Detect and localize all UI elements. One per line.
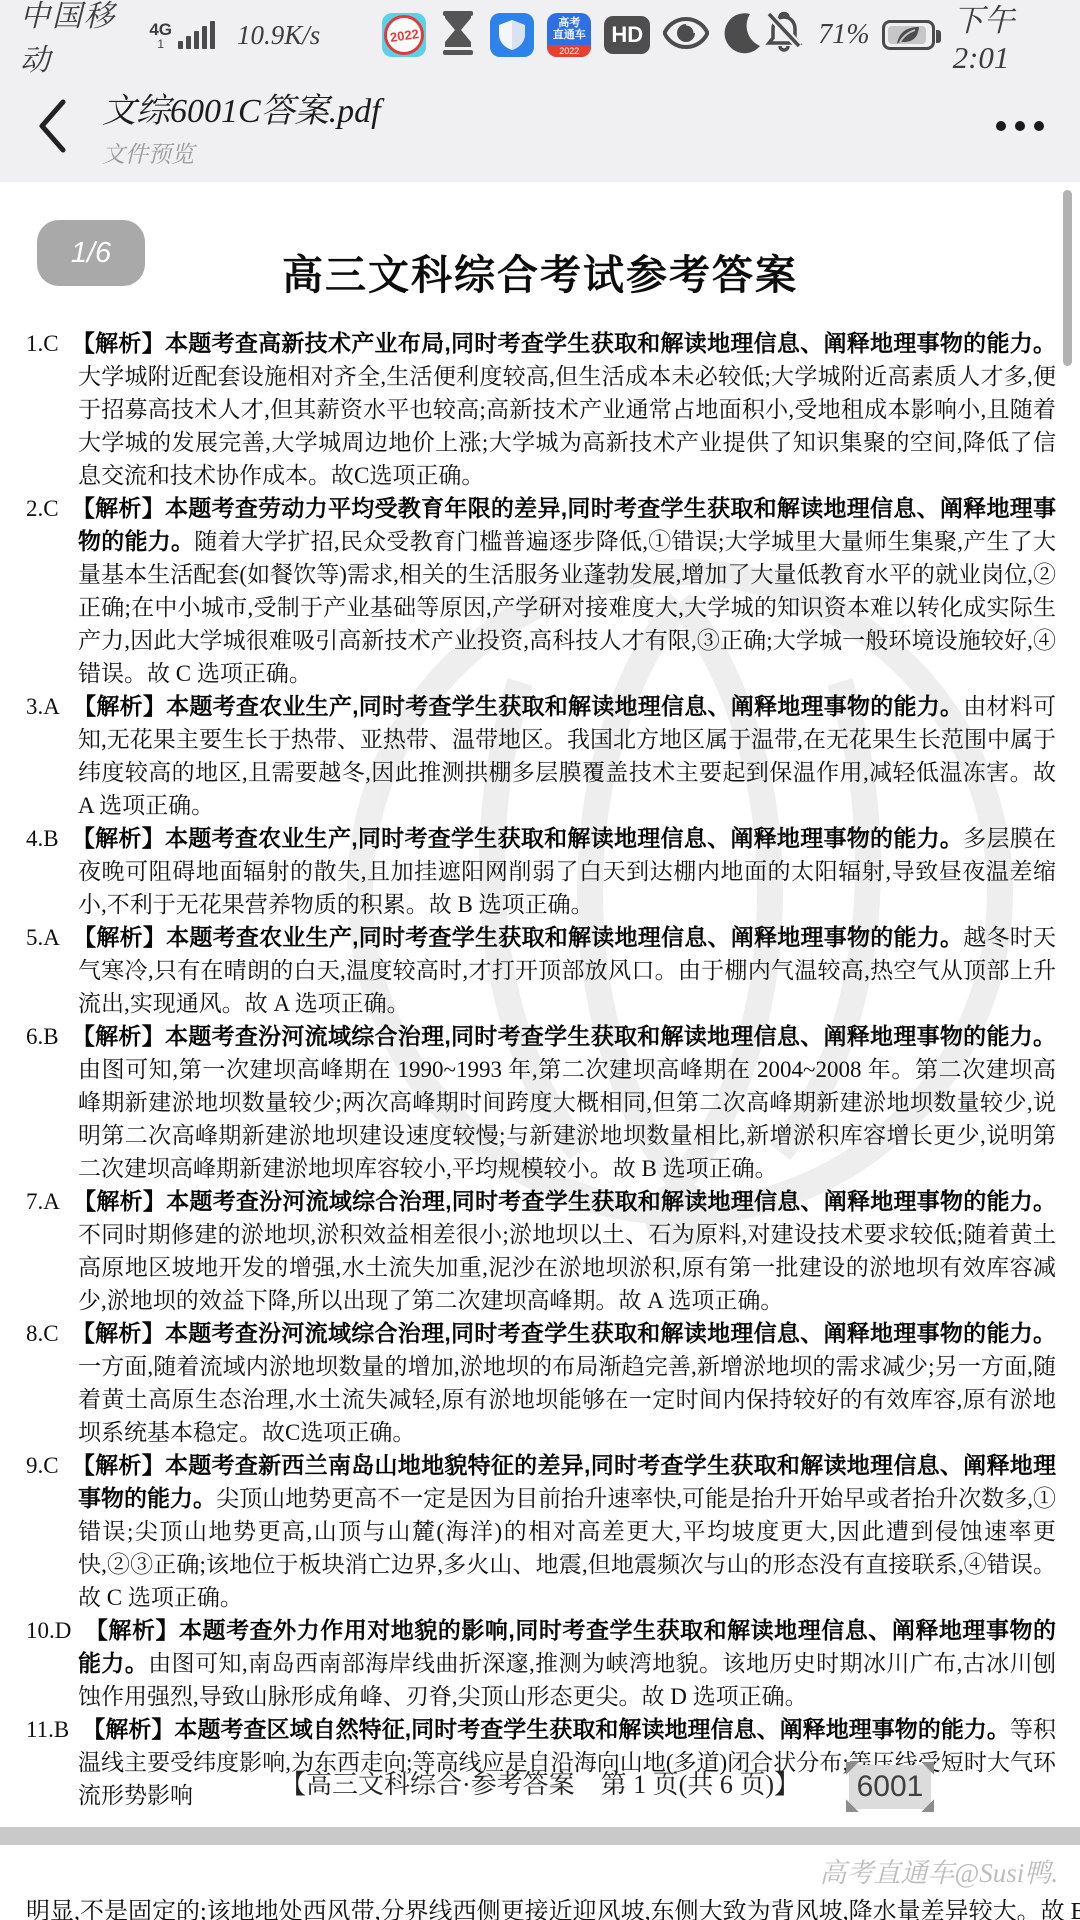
answer-analysis-lead: 【解析】本题考查汾河流域综合治理,同时考查学生获取和解读地理信息、阐释地理事物的… (73, 1188, 1056, 1214)
answer-number: 8.C (26, 1321, 59, 1346)
file-name: 文综6001C答案.pdf (102, 83, 381, 132)
answer-analysis-lead: 【解析】本题考查农业生产,同时考查学生获取和解读地理信息、阐释地理事物的能力。 (73, 693, 963, 719)
answer-item: 3.A【解析】本题考查农业生产,同时考查学生获取和解读地理信息、阐释地理事物的能… (26, 690, 1056, 822)
answer-explanation: 由图可知,第一次建坝高峰期在 1990~1993 年,第二次建坝高峰期在 200… (78, 1057, 1056, 1181)
document-title: 高三文科综合考试参考答案 (0, 242, 1080, 301)
notification-icons: 2022 高考 直通车 2022 HD (382, 11, 762, 60)
answer-item: 5.A【解析】本题考查农业生产,同时考查学生获取和解读地理信息、阐释地理事物的能… (26, 921, 1056, 1020)
network-speed: 10.9K/s (237, 20, 320, 51)
answer-number: 4.B (26, 826, 59, 851)
answers-list: 1.C【解析】本题考查高新技术产业布局,同时考查学生获取和解读地理信息、阐释地理… (26, 327, 1056, 1812)
answer-explanation: 大学城附近配套设施相对齐全,生活便利度较高,但生活成本未必较低;大学城附近高素质… (78, 364, 1056, 488)
answer-item: 2.C【解析】本题考查劳动力平均受教育年限的差异,同时考查学生获取和解读地理信息… (26, 492, 1056, 690)
carrier-label: 中国移动 (20, 0, 141, 79)
hd-icon: HD (604, 16, 650, 54)
back-button[interactable] (30, 96, 74, 156)
signal-strength-icon (178, 21, 215, 49)
account-watermark: 高考直通车@Susi鸭. (819, 1851, 1058, 1890)
answer-item: 9.C【解析】本题考查新西兰南岛山地地貌特征的差异,同时考查学生获取和解读地理信… (26, 1449, 1056, 1614)
answer-analysis-lead: 【解析】本题考查农业生产,同时考查学生获取和解读地理信息、阐释地理事物的能力。 (72, 825, 964, 851)
answer-explanation: 一方面,随着流域内淤地坝数量的增加,淤地坝的布局渐趋完善,新增淤地坝的需求减少;… (78, 1354, 1056, 1445)
answer-item: 10.D【解析】本题考查外力作用对地貌的影响,同时考查学生获取和解读地理信息、阐… (26, 1614, 1056, 1713)
answer-number: 6.B (26, 1024, 59, 1049)
answer-item: 6.B【解析】本题考查汾河流域综合治理,同时考查学生获取和解读地理信息、阐释地理… (26, 1020, 1056, 1185)
answer-analysis-lead: 【解析】本题考查汾河流域综合治理,同时考查学生获取和解读地理信息、阐释地理事物的… (72, 1023, 1056, 1049)
pdf-page-1: 1/6 高三文科综合考试参考答案 1.C【解析】本题考查高新技术产业布局,同时考… (0, 182, 1080, 1827)
battery-percent: 71% (818, 19, 869, 51)
answer-item: 4.B【解析】本题考查农业生产,同时考查学生获取和解读地理信息、阐释地理事物的能… (26, 822, 1056, 921)
countdown-2022-app-icon: 2022 (382, 13, 426, 57)
answer-number: 1.C (26, 331, 59, 356)
pdf-page-2: 高考直通车@Susi鸭. 明显,不是固定的;该地地处西风带,分界线西侧更接近迎风… (0, 1845, 1080, 1920)
answer-analysis-lead: 【解析】本题考查农业生产,同时考查学生获取和解读地理信息、阐释地理事物的能力。 (73, 924, 963, 950)
answer-explanation: 随着大学扩招,民众受教育门槛普遍逐步降低,①错误;大学城里大量师生集聚,产生了大… (78, 529, 1056, 686)
answer-number: 10.D (26, 1618, 71, 1643)
answer-analysis-lead: 【解析】本题考查汾河流域综合治理,同时考查学生获取和解读地理信息、阐释地理事物的… (72, 1320, 1056, 1346)
file-preview-label: 文件预览 (102, 136, 381, 169)
eye-comfort-icon (663, 16, 709, 55)
answer-number: 9.C (26, 1453, 59, 1478)
answer-number: 3.A (26, 694, 60, 719)
security-shield-app-icon (490, 13, 534, 57)
mute-bell-icon (762, 11, 806, 60)
answer-explanation: 不同时期修建的淤地坝,淤积效益相差很小;淤地坝以土、石为原料,对建设技术要求较低… (78, 1222, 1056, 1313)
answer-item: 1.C【解析】本题考查高新技术产业布局,同时考查学生获取和解读地理信息、阐释地理… (26, 327, 1056, 492)
answer-item: 8.C【解析】本题考查汾河流域综合治理,同时考查学生获取和解读地理信息、阐释地理… (26, 1317, 1056, 1449)
clock-time: 下午2:01 (953, 0, 1060, 76)
answer-number: 7.A (26, 1189, 60, 1214)
page2-partial-line: 明显,不是固定的;该地地处西风带,分界线西侧更接近迎风坡,东侧大致为背风坡,降水… (26, 1891, 1080, 1920)
gaokao-zhitongche-app-icon: 高考 直通车 2022 (547, 13, 591, 57)
answer-number: 2.C (26, 496, 59, 521)
answer-number: 11.B (26, 1717, 69, 1742)
answer-number: 5.A (26, 925, 60, 950)
answer-item: 7.A【解析】本题考查汾河流域综合治理,同时考查学生获取和解读地理信息、阐释地理… (26, 1185, 1056, 1317)
scrollbar-thumb[interactable] (1063, 190, 1072, 366)
answer-explanation: 尖顶山地势更高不一定是因为目前抬升速率快,可能是抬升开始早或者抬升次数多,①错误… (78, 1486, 1056, 1610)
status-bar: 中国移动 4G 1 10.9K/s 2022 高考 直通车 2022 HD (0, 0, 1080, 70)
answer-analysis-lead: 【解析】本题考查高新技术产业布局,同时考查学生获取和解读地理信息、阐释地理事物的… (72, 330, 1056, 356)
file-preview-header: 文综6001C答案.pdf 文件预览 (0, 70, 1080, 182)
battery-saver-leaf-icon (882, 20, 935, 50)
network-type-indicator: 4G 1 (149, 21, 172, 50)
more-options-button[interactable] (990, 109, 1050, 143)
file-title-block: 文综6001C答案.pdf 文件预览 (102, 83, 381, 169)
answer-explanation: 由图可知,南岛西南部海岸线曲折深邃,推测为峡湾地貌。该地历史时期冰川广布,古冰川… (78, 1651, 1056, 1709)
page-divider (0, 1827, 1080, 1845)
hourglass-icon (439, 11, 477, 60)
answer-analysis-lead: 【解析】本题考查区域自然特征,同时考查学生获取和解读地理信息、阐释地理事物的能力… (82, 1716, 1010, 1742)
paper-code-badge: 6001 (849, 1765, 931, 1809)
dark-mode-moon-icon (722, 12, 762, 59)
status-bar-right: 71% 下午2:01 (762, 0, 1060, 76)
